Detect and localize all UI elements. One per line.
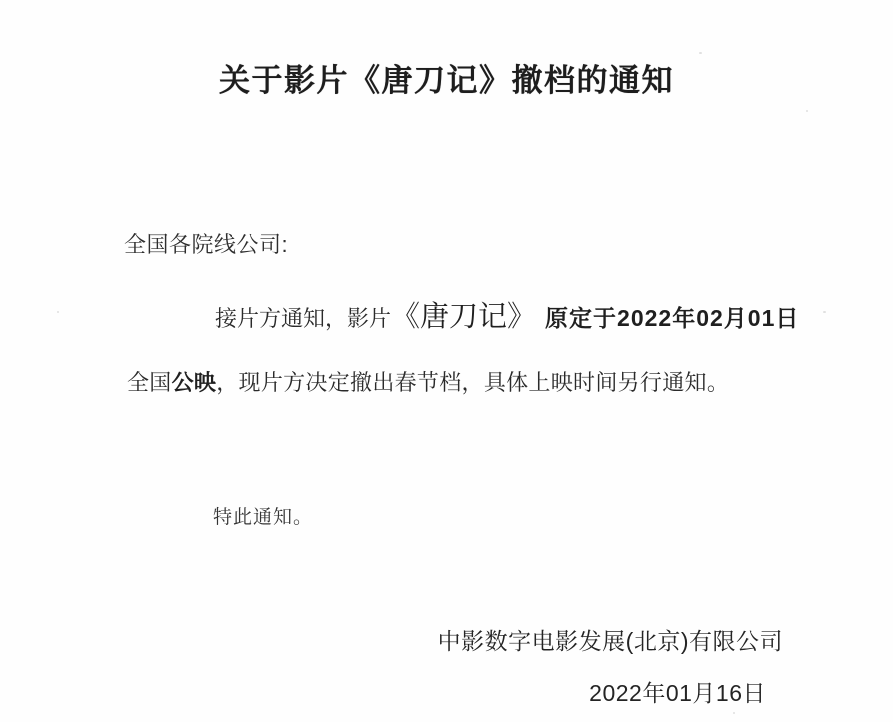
signature-date: 2022年01月16日 [589, 675, 766, 708]
scan-speck [806, 110, 808, 112]
signature-company: 中影数字电影发展(北京)有限公司 [438, 623, 783, 656]
body-text-before-film: 接片方通知，影片 [215, 306, 391, 331]
notice-document: 关于影片《唐刀记》撤档的通知 全国各院线公司: 接片方通知，影片《唐刀记》原定于… [0, 0, 893, 722]
salutation: 全国各院线公司: [124, 228, 288, 259]
scan-speck [699, 52, 702, 54]
body-line-2: 全国公映，现片方决定撤出春节档，具体上映时间另行通知。 [127, 372, 729, 394]
body-text-rest: ，现片方决定撤出春节档，具体上映时间另行通知。 [216, 370, 729, 395]
scan-speck [733, 712, 735, 714]
closing-line: 特此通知。 [213, 502, 313, 529]
body-text-start: 全国 [127, 370, 172, 395]
emphasis-public-release: 公映 [172, 370, 217, 395]
scan-speck [823, 311, 826, 313]
body-line-1: 接片方通知，影片《唐刀记》原定于2022年02月01日 [215, 303, 799, 332]
original-release-date: 原定于2022年02月01日 [545, 305, 799, 331]
film-title: 《唐刀记》 [391, 301, 536, 333]
notice-title: 关于影片《唐刀记》撤档的通知 [0, 55, 893, 100]
scan-speck [57, 311, 59, 313]
